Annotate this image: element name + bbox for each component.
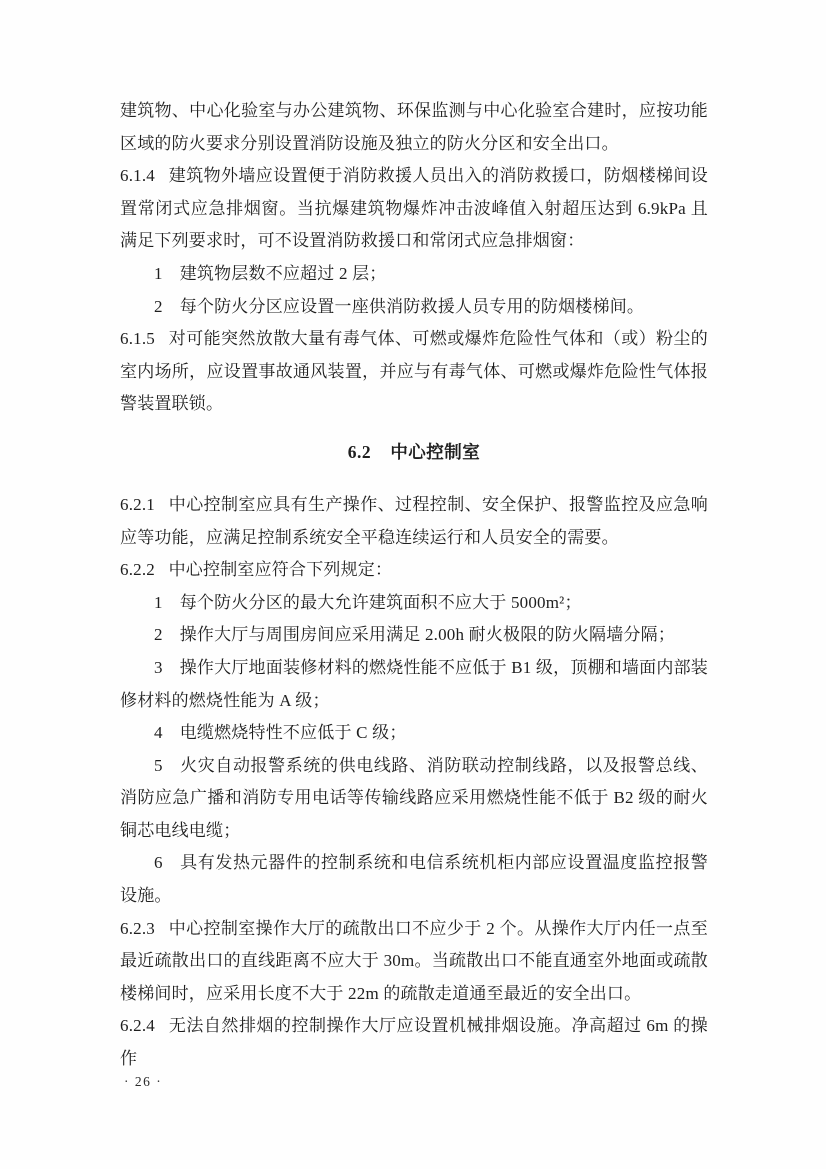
list-item-2: 2操作大厅与周围房间应采用满足 2.00h 耐火极限的防火隔墙分隔； [120,619,708,652]
clause-text: 建筑物外墙应设置便于消防救援人员出入的消防救援口，防烟楼梯间设置常闭式应急排烟窗… [120,166,708,250]
clause-number: 6.1.4 [120,166,155,185]
list-item-3: 3操作大厅地面装修材料的燃烧性能不应低于 B1 级，顶棚和墙面内部装修材料的燃烧… [120,652,708,717]
item-number: 2 [154,625,163,644]
section-heading: 6.2中心控制室 [120,436,708,468]
item-number: 3 [154,658,163,677]
clause-text: 无法自然排烟的控制操作大厅应设置机械排烟设施。净高超过 6m 的操作 [120,1016,708,1068]
item-text: 操作大厅与周围房间应采用满足 2.00h 耐火极限的防火隔墙分隔； [180,625,675,644]
item-number: 2 [154,297,163,316]
clause-6-2-1: 6.2.1中心控制室应具有生产操作、过程控制、安全保护、报警监控及应急响应等功能… [120,489,708,554]
list-item-4: 4电缆燃烧特性不应低于 C 级； [120,717,708,750]
item-text: 电缆燃烧特性不应低于 C 级； [180,723,407,742]
item-number: 4 [154,723,163,742]
list-item-1: 1每个防火分区的最大允许建筑面积不应大于 5000m²； [120,587,708,620]
item-number: 1 [154,593,163,612]
document-content: 建筑物、中心化验室与办公建筑物、环保监测与中心化验室合建时，应按功能区域的防火要… [120,95,708,1076]
list-item-5: 5火灾自动报警系统的供电线路、消防联动控制线路，以及报警总线、消防应急广播和消防… [120,750,708,848]
clause-number: 6.2.4 [120,1016,155,1035]
clause-text: 中心控制室应符合下列规定： [169,560,393,579]
clause-6-2-3: 6.2.3中心控制室操作大厅的疏散出口不应少于 2 个。从操作大厅内任一点至最近… [120,913,708,1011]
item-text: 建筑物层数不应超过 2 层； [180,264,387,283]
clause-text: 中心控制室应具有生产操作、过程控制、安全保护、报警监控及应急响应等功能，应满足控… [120,495,708,547]
list-item-1: 1建筑物层数不应超过 2 层； [120,258,708,291]
item-text: 操作大厅地面装修材料的燃烧性能不应低于 B1 级，顶棚和墙面内部装修材料的燃烧性… [120,658,708,710]
clause-number: 6.2.2 [120,560,155,579]
clause-6-2-2: 6.2.2中心控制室应符合下列规定： [120,554,708,587]
item-text: 火灾自动报警系统的供电线路、消防联动控制线路，以及报警总线、消防应急广播和消防专… [120,756,708,840]
page-number: · 26 · [124,1074,162,1090]
item-text: 每个防火分区的最大允许建筑面积不应大于 5000m²； [180,593,582,612]
clause-number: 6.1.5 [120,329,155,348]
section-heading-title: 中心控制室 [390,442,480,462]
item-number: 5 [154,756,163,775]
list-item-2: 2每个防火分区应设置一座供消防救援人员专用的防烟楼梯间。 [120,291,708,324]
clause-number: 6.2.1 [120,495,155,514]
item-text: 具有发热元器件的控制系统和电信系统机柜内部应设置温度监控报警设施。 [120,853,708,905]
item-number: 1 [154,264,163,283]
clause-number: 6.2.3 [120,919,155,938]
clause-6-1-5: 6.1.5对可能突然放散大量有毒气体、可燃或爆炸危险性气体和（或）粉尘的室内场所… [120,323,708,421]
list-item-6: 6具有发热元器件的控制系统和电信系统机柜内部应设置温度监控报警设施。 [120,847,708,912]
clause-6-1-4: 6.1.4建筑物外墙应设置便于消防救援人员出入的消防救援口，防烟楼梯间设置常闭式… [120,160,708,258]
continuation-paragraph: 建筑物、中心化验室与办公建筑物、环保监测与中心化验室合建时，应按功能区域的防火要… [120,95,708,160]
document-page: 建筑物、中心化验室与办公建筑物、环保监测与中心化验室合建时，应按功能区域的防火要… [0,0,826,1169]
clause-text: 中心控制室操作大厅的疏散出口不应少于 2 个。从操作大厅内任一点至最近疏散出口的… [120,919,708,1003]
item-number: 6 [154,853,163,872]
section-heading-number: 6.2 [348,442,371,462]
item-text: 每个防火分区应设置一座供消防救援人员专用的防烟楼梯间。 [180,297,644,316]
clause-text: 对可能突然放散大量有毒气体、可燃或爆炸危险性气体和（或）粉尘的室内场所，应设置事… [120,329,708,413]
clause-6-2-4: 6.2.4无法自然排烟的控制操作大厅应设置机械排烟设施。净高超过 6m 的操作 [120,1010,708,1075]
